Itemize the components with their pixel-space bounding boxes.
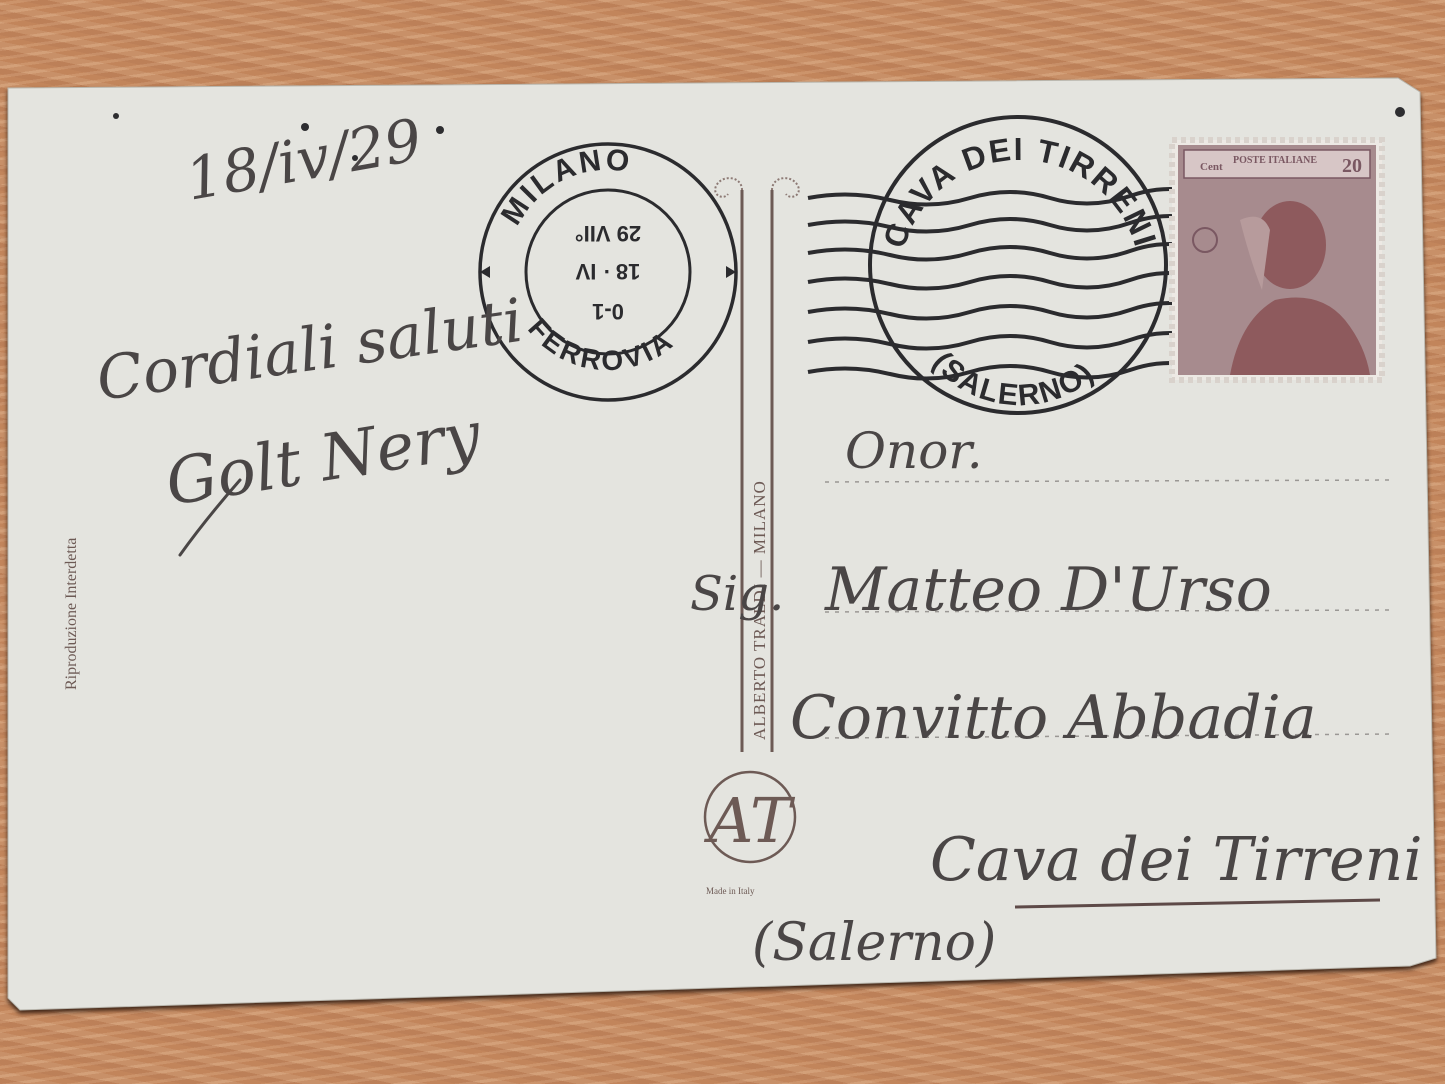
address-name: Matteo D'Urso	[824, 555, 1272, 625]
made-in-label: Made in Italy	[706, 886, 755, 896]
postmark-milano-date: 18 · IV	[575, 259, 640, 284]
address-title: Onor.	[845, 422, 983, 480]
publisher-monogram: AT	[704, 772, 796, 862]
postmark-milano-time: 0-1	[592, 299, 624, 324]
address-name-prefix: Sig.	[690, 566, 784, 622]
postmark-milano-year: 29 VII°	[575, 221, 641, 246]
address-line-2: Convitto Abbadia	[790, 683, 1316, 753]
monogram-letters: AT	[704, 784, 796, 857]
stamp-currency: Cent	[1200, 161, 1223, 173]
stamp-value: 20	[1342, 155, 1362, 177]
postcard-photo: Riproduzione Interdetta ALBERTO TRALDI —…	[0, 0, 1445, 1084]
reproduction-notice: Riproduzione Interdetta	[63, 538, 80, 690]
stamp-country: POSTE ITALIANE	[1233, 155, 1317, 166]
postage-stamp: Cent POSTE ITALIANE 20	[1172, 140, 1382, 380]
address-line-4: (Salerno)	[752, 913, 996, 973]
address-line-3: Cava dei Tirreni	[930, 825, 1423, 895]
